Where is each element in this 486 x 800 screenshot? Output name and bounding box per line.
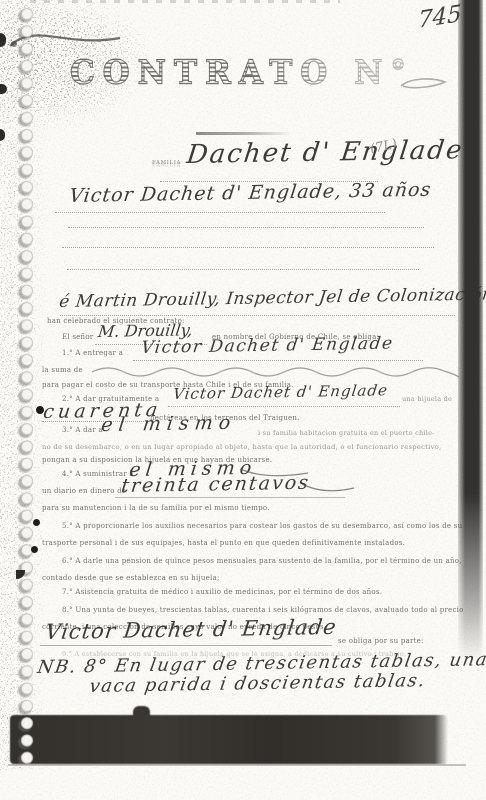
colonist-line: Victor Dachet d' Englade, 33 años (68, 179, 433, 207)
clause3-line1: i su familia habitacion gratuita en el p… (258, 429, 435, 437)
clause5-paragraph: 5.° A proporcionarle los auxilios necesa… (42, 518, 464, 552)
obligee-signature-underline (40, 645, 332, 646)
clause1-name: Victor Dachet d' Englade (140, 334, 395, 358)
obligee-suffix: se obliga por su parte: (338, 637, 424, 645)
parties-line: é Martin Drouilly, Inspector Jel de Colo… (58, 284, 486, 312)
parties-underline (60, 315, 455, 316)
title-number-scribble (398, 74, 450, 94)
page-number: 745 (418, 1, 462, 34)
edge-mark (0, 84, 7, 94)
clause1-amount-label: la suma de (42, 366, 83, 374)
clause4-suffix: para su manutencion i la de su familia p… (42, 504, 270, 512)
obligee-signature: Victor Dachet d' Englade (44, 615, 338, 644)
edge-mark (0, 129, 5, 141)
clause7-line: 7.° Asistencia gratuita de médico i auxi… (62, 588, 382, 596)
clause2-suffix: una hijuela de (402, 395, 452, 403)
blank-rule (68, 227, 424, 228)
clause1-prefix: 1.° A entregar a (62, 349, 123, 357)
amount-strike-squiggle (90, 362, 462, 380)
family-name: Dachet d' Englade (185, 135, 465, 170)
scanned-contract-page: 745 CONTRATO N° FAMILIA Dachet d' Englad… (0, 0, 486, 800)
clause2-name: Victor Dachet d' Englade (172, 381, 389, 403)
flourish-line (300, 480, 358, 496)
clause6-paragraph: 6.° A darle una pension de quince pesos … (42, 553, 464, 587)
blank-rule (67, 269, 419, 270)
obligor-prefix: El señor (62, 333, 93, 341)
clause4-hand2-underline (115, 497, 345, 498)
colonist-underline (55, 212, 385, 213)
clause3-line2: no de su desembarco, o en un lugar aprop… (42, 443, 441, 451)
header-rule (196, 132, 292, 135)
contract-title: CONTRATO N° (70, 54, 414, 92)
scan-shadow-right-band (458, 0, 483, 668)
nb-note-line2: vaca parida i doscientas tablas. (88, 670, 427, 697)
punch-holes (12, 6, 42, 764)
ink-dot (31, 546, 38, 553)
clause3-prefix: 3.° A dar a (62, 426, 103, 434)
ink-dot (33, 519, 40, 526)
clause3-hand: el mismo (100, 412, 238, 436)
blank-rule (62, 247, 434, 248)
family-label: FAMILIA (152, 160, 181, 166)
clause4-hand2: treinta centavos (120, 472, 311, 497)
clause2-name-underline (168, 406, 400, 407)
ink-dot (36, 406, 44, 414)
scan-top-edge-artifact (30, 0, 340, 3)
clause1-name-underline (133, 360, 423, 361)
clause4-mid: un diario en dinero de (42, 487, 126, 495)
scan-shadow-bottom-band (10, 715, 448, 764)
scan-shadow-baseline (8, 764, 466, 766)
